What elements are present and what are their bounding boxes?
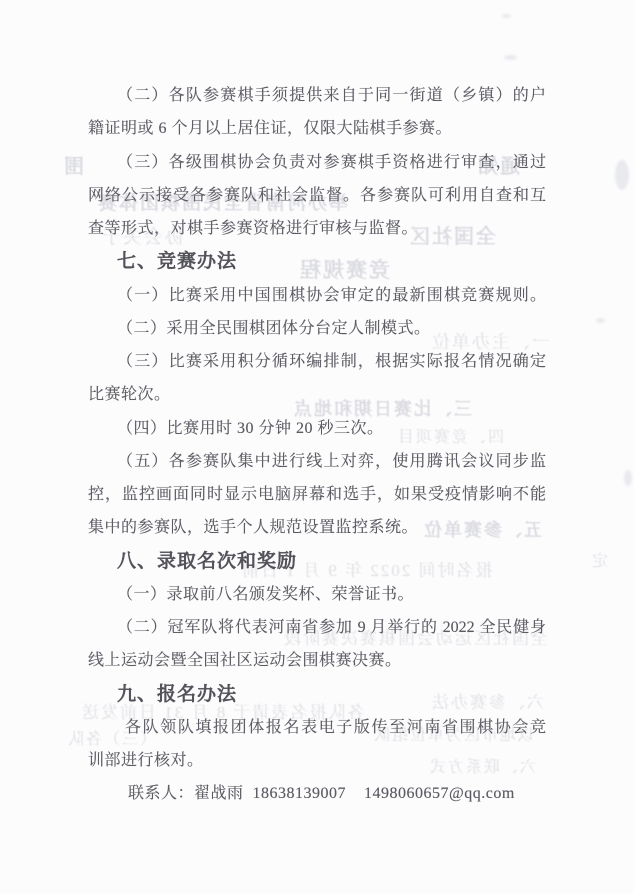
document-line: 训部进行核对。	[88, 750, 204, 772]
document-line: 集中的参赛队，选手个人规范设置监控系统。	[88, 517, 418, 539]
scan-artifact	[596, 318, 605, 323]
bleed-through-text: 全国社区	[408, 220, 496, 249]
bleed-through-text: 四、竞赛项目	[396, 424, 504, 447]
document-line: 控，监控画面同时显示电脑屏幕和选手，如果受疫情影响不能	[88, 484, 546, 506]
document-line: （一）录取前八名颁发奖杯、荣誉证书。	[117, 584, 414, 606]
document-line: 网络公示接受各参赛队和社会监督。各参赛队可利用自查和互	[88, 185, 546, 207]
document-line: 七、竞赛办法	[117, 251, 237, 273]
document-line: （一）比赛采用中国围棋协会审定的最新围棋竞赛规则。	[117, 285, 546, 307]
document-line: 籍证明或 6 个月以上居住证，仅限大陆棋手参赛。	[88, 118, 452, 140]
bleed-through-text: 六、联系方式	[428, 754, 536, 777]
scan-artifact	[624, 470, 632, 486]
document-line: 九、报名办法	[117, 684, 237, 706]
document-line: （二）各队参赛棋手须提供来自于同一街道（乡镇）的户	[117, 85, 546, 107]
document-line: （三）比赛采用积分循环编排制，根据实际报名情况确定	[117, 351, 546, 373]
bleed-through-text: 五、参赛单位	[422, 516, 542, 542]
document-line: 查等形式，对棋手参赛资格进行审核与监督。	[88, 218, 418, 240]
document-line: 各队领队填报团体报名表电子版传至河南省围棋协会竞	[125, 717, 546, 739]
document-line: 比赛轮次。	[88, 384, 171, 406]
document-line: （五）各参赛队集中进行线上对弈，使用腾讯会议同步监	[117, 451, 546, 473]
document-line: （四）比赛用时 30 分钟 20 秒三次。	[117, 418, 384, 440]
document-line: 线上运动会暨全国社区运动会围棋赛决赛。	[88, 650, 402, 672]
bleed-through-text: 围	[62, 150, 84, 179]
document-line: （二）冠军队将代表河南省参加 9 月举行的 2022 全民健身	[117, 617, 546, 639]
document-line: （三）各级围棋协会负责对参赛棋手资格进行审查，通过	[117, 152, 546, 174]
scan-artifact	[615, 160, 629, 190]
document-line: 联系人：翟战雨 18638139007 1498060657@qq.com	[128, 783, 515, 805]
document-page: 围通知举办河南省全民围棋团体赛协会关于全国社区竞赛规程一、主办单位三、比赛日期和…	[0, 0, 634, 894]
scan-artifact	[504, 55, 517, 60]
document-line: （二）采用全民围棋团体分台定人制模式。	[117, 318, 431, 340]
bleed-through-text: 六、参赛办法	[430, 688, 544, 713]
document-line: 八、录取名次和奖励	[117, 551, 297, 573]
bleed-through-text: 竞赛规程	[298, 254, 390, 284]
bleed-through-text: 定	[590, 548, 608, 571]
scan-artifact	[502, 14, 511, 18]
